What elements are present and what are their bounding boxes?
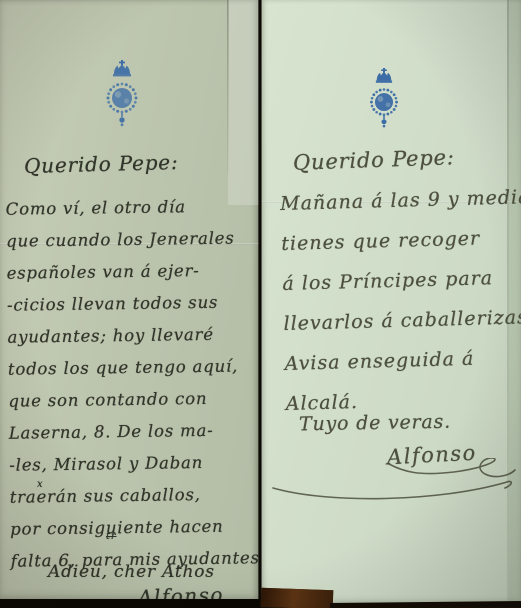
letter-line: que cuando los Jenerales: [6, 229, 235, 251]
photo-dark-edge: [330, 601, 521, 608]
ink-correction-mark: tr: [106, 531, 116, 542]
letter-line: que son contando con: [8, 389, 207, 411]
photo-of-letters: { "photo": { "background_color": "#17110…: [0, 0, 521, 608]
photo-dark-edge: [0, 599, 260, 608]
right-letter-body: Querido Pepe: Mañana á las 9 y mediatien…: [261, 0, 521, 603]
wood-table-notch: [261, 588, 334, 608]
left-letter-lines: Como ví, el otro díaque cuando los Jener…: [0, 0, 259, 600]
letter-line: Avisa enseguida á: [284, 348, 474, 375]
letter-line: Alcalá.: [286, 391, 359, 415]
letter-line: todos los que tengo aquí,: [8, 356, 238, 378]
letter-line: Como ví, el otro día: [6, 197, 186, 219]
left-letter-signature: Alfonso: [138, 583, 225, 600]
letter-line: llevarlos á caballerizas.: [283, 306, 521, 335]
left-letter-body: Querido Pepe: Como ví, el otro díaque cu…: [0, 0, 259, 600]
letter-line: -cicios llevan todos sus: [7, 293, 218, 315]
letter-line: Mañana á las 9 y media: [280, 186, 521, 215]
ink-correction-mark: x: [37, 479, 43, 490]
page-gap-shadow: [258, 0, 262, 608]
right-letter-lines: Mañana á las 9 y mediatienes que recoger…: [261, 0, 521, 603]
left-letter-page: Querido Pepe: Como ví, el otro díaque cu…: [0, 0, 259, 600]
letter-line: por consiguiente hacen: [10, 517, 224, 539]
letter-line: ayudantes; hoy llevaré: [7, 325, 214, 347]
right-letter-page: Querido Pepe: Mañana á las 9 y mediatien…: [261, 0, 521, 603]
letter-line: á los Príncipes para: [282, 267, 493, 295]
left-letter-closing: Adieu, cher Athos: [48, 562, 215, 582]
letter-line: tienes que recoger: [281, 227, 480, 255]
letter-line: Laserna, 8. De los ma-: [9, 421, 214, 443]
signature-flourish: [269, 458, 517, 508]
letter-line: españoles van á ejer-: [6, 261, 199, 283]
right-letter-closing: Tuyo de veras.: [299, 411, 451, 436]
letter-line: -les, Mirasol y Daban: [9, 453, 203, 475]
